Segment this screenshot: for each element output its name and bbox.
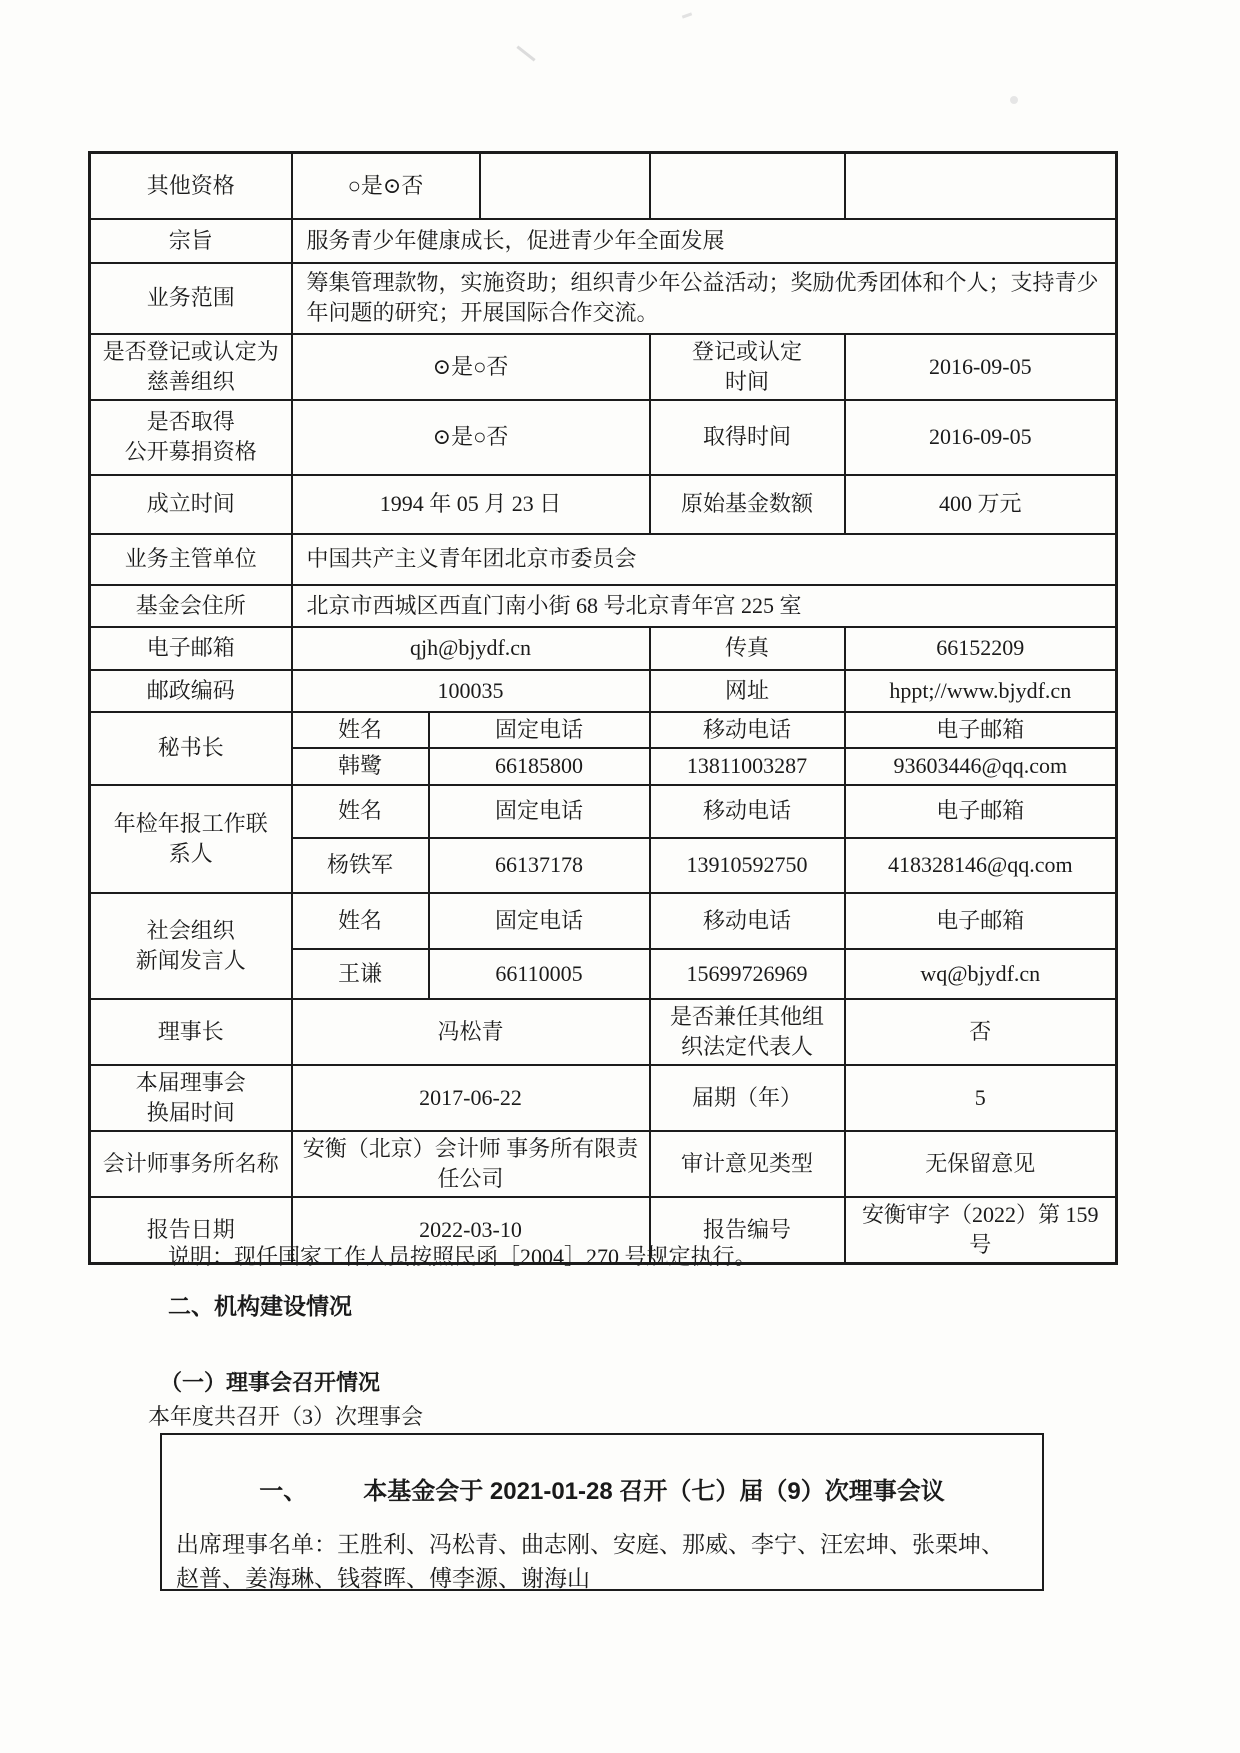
annual-contact-label: 年检年报工作联 系人 — [90, 785, 292, 893]
accounting-firm-label: 会计师事务所名称 — [90, 1131, 292, 1197]
annual-contact-mobile: 13910592750 — [650, 838, 845, 893]
other-qualification-label: 其他资格 — [90, 153, 292, 219]
original-fund-label: 原始基金数额 — [650, 475, 845, 534]
other-qualification-radio: ○是⊙否 — [292, 153, 480, 219]
secretary-email: 93603446@qq.com — [845, 748, 1117, 785]
mobile-header: 移动电话 — [650, 893, 845, 949]
meeting-title-text: 本基金会于 2021-01-28 召开（七）届（9）次理事会议 — [363, 1478, 944, 1505]
fundraising-radio: ⊙是○否 — [292, 400, 650, 475]
secretary-mobile: 13811003287 — [650, 748, 845, 785]
email-value: qjh@bjydf.cn — [292, 627, 650, 670]
empty-cell — [845, 153, 1117, 219]
business-scope-label: 业务范围 — [90, 263, 292, 334]
mobile-header: 移动电话 — [650, 785, 845, 838]
spokesperson-label: 社会组织 新闻发言人 — [90, 893, 292, 999]
original-fund-value: 400 万元 — [845, 475, 1117, 534]
name-header: 姓名 — [292, 712, 429, 748]
landline-header: 固定电话 — [429, 785, 650, 838]
supervisor-value: 中国共产主义青年团北京市委员会 — [292, 534, 1117, 585]
annual-contact-landline: 66137178 — [429, 838, 650, 893]
mobile-header: 移动电话 — [650, 712, 845, 748]
concurrent-rep-value: 否 — [845, 999, 1117, 1065]
chairman-value: 冯松青 — [292, 999, 650, 1065]
email-header: 电子邮箱 — [845, 893, 1117, 949]
term-years-value: 5 — [845, 1065, 1117, 1131]
postcode-label: 邮政编码 — [90, 670, 292, 712]
address-value: 北京市西城区西直门南小街 68 号北京青年宫 225 室 — [292, 585, 1117, 627]
landline-header: 固定电话 — [429, 893, 650, 949]
row-board-term: 本届理事会 换届时间 2017-06-22 届期（年） 5 — [90, 1065, 1117, 1131]
section-heading-2: 二、机构建设情况 — [168, 1288, 352, 1321]
fundraising-time-label: 取得时间 — [650, 400, 845, 475]
chairman-label: 理事长 — [90, 999, 292, 1065]
row-accounting-firm: 会计师事务所名称 安衡（北京）会计师 事务所有限责任公司 审计意见类型 无保留意… — [90, 1131, 1117, 1197]
supervisor-label: 业务主管单位 — [90, 534, 292, 585]
scanned-report-page: 其他资格 ○是⊙否 宗旨 服务青少年健康成长，促进青少年全面发展 业务范围 筹集… — [0, 0, 1240, 1753]
board-term-label: 本届理事会 换届时间 — [90, 1065, 292, 1131]
landline-header: 固定电话 — [429, 712, 650, 748]
website-value: hppt;//www.bjydf.cn — [845, 670, 1117, 712]
audit-opinion-value: 无保留意见 — [845, 1131, 1117, 1197]
fax-value: 66152209 — [845, 627, 1117, 670]
meeting-attendees: 出席理事名单：王胜利、冯松青、曲志刚、安庭、那威、李宁、汪宏坤、张栗坤、赵普、姜… — [176, 1528, 1026, 1596]
row-founded: 成立时间 1994 年 05 月 23 日 原始基金数额 400 万元 — [90, 475, 1117, 534]
row-email-fax: 电子邮箱 qjh@bjydf.cn 传真 66152209 — [90, 627, 1117, 670]
scan-artifact — [516, 46, 535, 62]
secretary-name: 韩鹭 — [292, 748, 429, 785]
row-business-scope: 业务范围 筹集管理款物，实施资助；组织青少年公益活动；奖励优秀团体和个人；支持青… — [90, 263, 1117, 334]
email-label: 电子邮箱 — [90, 627, 292, 670]
row-other-qualification: 其他资格 ○是⊙否 — [90, 153, 1117, 219]
mission-label: 宗旨 — [90, 219, 292, 263]
email-header: 电子邮箱 — [845, 712, 1117, 748]
audit-opinion-label: 审计意见类型 — [650, 1131, 845, 1197]
name-header: 姓名 — [292, 893, 429, 949]
concurrent-rep-label: 是否兼任其他组 织法定代表人 — [650, 999, 845, 1065]
row-spokesperson-header: 社会组织 新闻发言人 姓名 固定电话 移动电话 电子邮箱 — [90, 893, 1117, 949]
mission-value: 服务青少年健康成长，促进青少年全面发展 — [292, 219, 1117, 263]
secretary-label: 秘书长 — [90, 712, 292, 785]
report-number-value: 安衡审字（2022）第 159 号 — [845, 1197, 1117, 1264]
note-line: 说明：现任国家工作人员按照民函［2004］270 号规定执行。 — [168, 1240, 757, 1271]
row-annual-contact-header: 年检年报工作联 系人 姓名 固定电话 移动电话 电子邮箱 — [90, 785, 1117, 838]
board-meeting-box: 一、本基金会于 2021-01-28 召开（七）届（9）次理事会议 出席理事名单… — [160, 1433, 1044, 1591]
row-postcode-website: 邮政编码 100035 网址 hppt;//www.bjydf.cn — [90, 670, 1117, 712]
fundraising-label: 是否取得 公开募捐资格 — [90, 400, 292, 475]
charity-org-radio: ⊙是○否 — [292, 334, 650, 400]
postcode-value: 100035 — [292, 670, 650, 712]
founded-label: 成立时间 — [90, 475, 292, 534]
row-mission: 宗旨 服务青少年健康成长，促进青少年全面发展 — [90, 219, 1117, 263]
fundraising-time-value: 2016-09-05 — [845, 400, 1117, 475]
annual-contact-name: 杨铁军 — [292, 838, 429, 893]
charity-reg-time-value: 2016-09-05 — [845, 334, 1117, 400]
address-label: 基金会住所 — [90, 585, 292, 627]
fax-label: 传真 — [650, 627, 845, 670]
row-public-fundraising: 是否取得 公开募捐资格 ⊙是○否 取得时间 2016-09-05 — [90, 400, 1117, 475]
accounting-firm-value: 安衡（北京）会计师 事务所有限责任公司 — [292, 1131, 650, 1197]
spokesperson-email: wq@bjydf.cn — [845, 949, 1117, 999]
row-chairman: 理事长 冯松青 是否兼任其他组 织法定代表人 否 — [90, 999, 1117, 1065]
secretary-landline: 66185800 — [429, 748, 650, 785]
business-scope-value: 筹集管理款物，实施资助；组织青少年公益活动；奖励优秀团体和个人；支持青少年问题的… — [292, 263, 1117, 334]
meeting-title: 一、本基金会于 2021-01-28 召开（七）届（9）次理事会议 — [162, 1471, 1042, 1506]
annual-contact-email: 418328146@qq.com — [845, 838, 1117, 893]
email-header: 电子邮箱 — [845, 785, 1117, 838]
name-header: 姓名 — [292, 785, 429, 838]
website-label: 网址 — [650, 670, 845, 712]
board-term-value: 2017-06-22 — [292, 1065, 650, 1131]
charity-reg-time-label: 登记或认定 时间 — [650, 334, 845, 400]
spokesperson-name: 王谦 — [292, 949, 429, 999]
charity-org-label: 是否登记或认定为 慈善组织 — [90, 334, 292, 400]
scan-artifact — [1010, 96, 1018, 104]
row-address: 基金会住所 北京市西城区西直门南小街 68 号北京青年宫 225 室 — [90, 585, 1117, 627]
subsection-heading: （一）理事会召开情况 — [160, 1366, 380, 1397]
scan-artifact — [682, 12, 692, 18]
subsection-intro: 本年度共召开（3）次理事会 — [148, 1400, 423, 1431]
spokesperson-landline: 66110005 — [429, 949, 650, 999]
empty-cell — [480, 153, 650, 219]
meeting-title-index: 一、 — [259, 1478, 307, 1505]
foundation-info-table: 其他资格 ○是⊙否 宗旨 服务青少年健康成长，促进青少年全面发展 业务范围 筹集… — [88, 151, 1118, 1265]
founded-value: 1994 年 05 月 23 日 — [292, 475, 650, 534]
empty-cell — [650, 153, 845, 219]
spokesperson-mobile: 15699726969 — [650, 949, 845, 999]
row-charity-org: 是否登记或认定为 慈善组织 ⊙是○否 登记或认定 时间 2016-09-05 — [90, 334, 1117, 400]
row-secretary-header: 秘书长 姓名 固定电话 移动电话 电子邮箱 — [90, 712, 1117, 748]
term-years-label: 届期（年） — [650, 1065, 845, 1131]
row-supervisor-unit: 业务主管单位 中国共产主义青年团北京市委员会 — [90, 534, 1117, 585]
